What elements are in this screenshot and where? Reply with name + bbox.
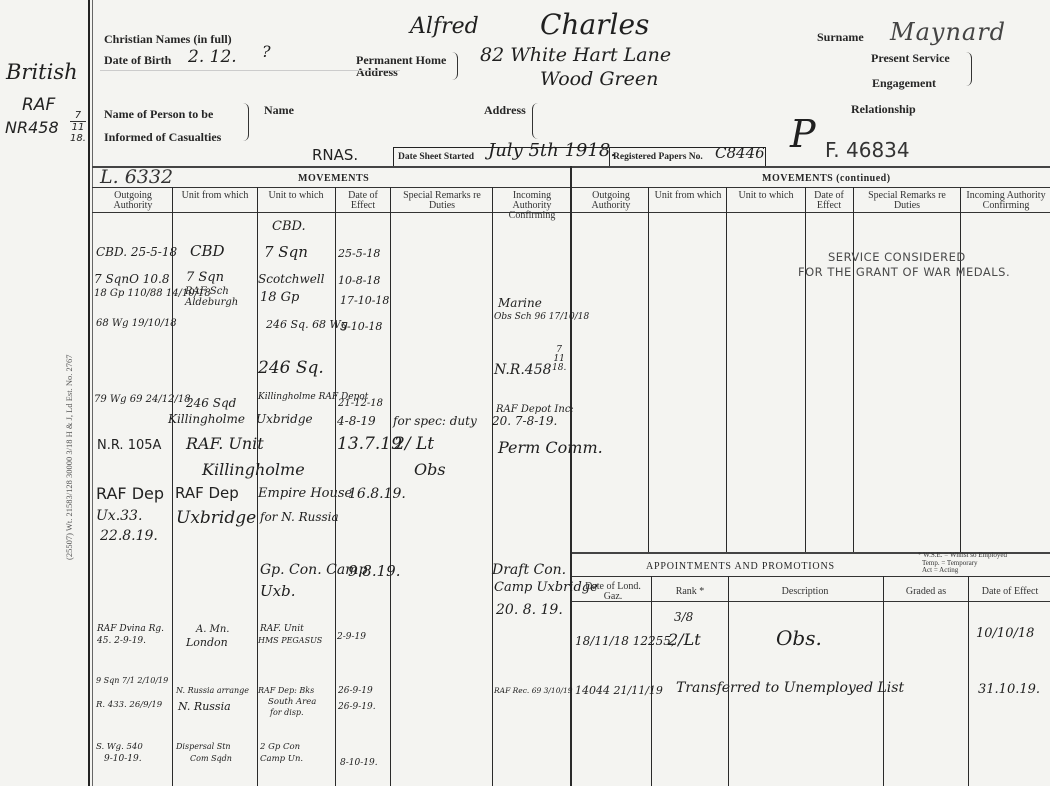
dob-query: ? <box>262 42 271 61</box>
appointments-title: APPOINTMENTS AND PROMOTIONS <box>646 561 835 572</box>
ref-date-day: 7 <box>70 110 86 121</box>
entry: 18 Gp <box>260 290 299 305</box>
entry: Dispersal Stn <box>176 742 231 751</box>
appt-col-header-description: Description <box>730 587 880 597</box>
entry: 246 Sqd <box>186 396 236 410</box>
appt-col-header-rank: Rank * <box>654 587 726 597</box>
entry: 2-9-19 <box>337 632 366 642</box>
col-line-5 <box>492 187 493 786</box>
appointments-header-rule <box>572 576 1050 577</box>
appt-row-description: Transferred to Unemployed List <box>676 680 904 696</box>
dob-value: 2. 12. <box>188 47 237 67</box>
appt-col-line-1 <box>651 576 652 786</box>
entry: 7 SqnO 10.8 <box>94 272 169 286</box>
nok-label: Name of Person to be Informed of Casualt… <box>104 103 221 149</box>
nok-brace <box>243 103 249 141</box>
entry-fraction: 7 11 18. <box>552 346 566 373</box>
perm-address-line1: 82 White Hart Lane <box>480 44 671 66</box>
appt-col-header-gazette: Date of Lond. Gaz. <box>578 582 648 602</box>
christian-names-label: Christian Names (in full) <box>104 32 232 47</box>
entry: N.R.458 <box>494 362 552 378</box>
cont-col-header-outgoing-authority: Outgoing Authority <box>576 191 646 211</box>
entry: Uxb. <box>260 582 295 600</box>
entry: 5-10-18 <box>340 320 382 333</box>
registered-papers-value: C8446 <box>715 144 765 162</box>
col-header-outgoing-authority: Outgoing Authority <box>98 191 168 211</box>
appt-row-effect: 31.10.19. <box>978 682 1040 697</box>
initial-mark: P <box>790 112 816 156</box>
date-sheet-label: Date Sheet Started <box>398 152 474 162</box>
col-header-incoming-authority: Incoming Authority Confirming <box>494 191 570 221</box>
appt-col-header-graded: Graded as <box>886 587 966 597</box>
nok-label-line2: Informed of Casualties <box>104 126 221 149</box>
rule-top <box>100 70 400 71</box>
service-branch: RNAS. <box>312 146 358 164</box>
entry: S. Wg. 540 <box>96 742 143 752</box>
service-number: F. 46834 <box>825 138 910 162</box>
entry: N. Russia <box>178 700 231 713</box>
col-line-1 <box>172 187 173 786</box>
entry: 8-10-19. <box>340 758 378 768</box>
entry: 13.7.19 <box>337 434 402 454</box>
entry: RAF. Unit <box>186 434 264 453</box>
entry: N.R. 105A <box>97 438 161 453</box>
entry: 21-12-18 <box>338 398 383 409</box>
cont-col-header-unit-to: Unit to which <box>732 191 800 201</box>
relationship-label: Relationship <box>851 102 916 117</box>
frac-part: 18. <box>552 364 566 373</box>
perm-address-brace <box>452 52 458 80</box>
entry: CBD <box>190 242 225 260</box>
nok-address-brace <box>532 103 538 139</box>
entry: 26-9-19 <box>338 686 373 696</box>
surname-value: Maynard <box>890 18 1006 46</box>
entry: RAF Dep <box>96 484 164 503</box>
margin-note-ref: NR458 <box>5 118 59 137</box>
col-header-date-of-effect: Date of Effect <box>338 191 388 211</box>
perm-address-line2: Wood Green <box>540 68 658 90</box>
entry: 10-8-18 <box>338 274 380 287</box>
entry: 246 Sq. <box>258 358 324 378</box>
christian-name-1: Alfred <box>410 14 479 39</box>
legend-act: Act = Acting <box>918 567 1007 575</box>
entry: 68 Wg 19/10/18 <box>96 318 177 329</box>
entry: RAF Sch Aldeburgh <box>185 286 257 308</box>
nok-name-label: Name <box>264 103 294 118</box>
entry: RAF Dep <box>175 484 239 502</box>
entry: R. 433. 26/9/19 <box>96 700 162 710</box>
entry: 22.8.19. <box>100 528 158 544</box>
entry: CBD. 25-5-18 <box>96 245 177 259</box>
entry: 2 Gp Con <box>260 742 300 752</box>
war-medals-stamp: SERVICE CONSIDERED FOR THE GRANT OF WAR … <box>798 250 1028 280</box>
registered-papers-label: Registered Papers No. <box>613 152 703 162</box>
perm-address-label-line2: Address <box>356 66 446 78</box>
entry: Com Sqdn <box>190 754 232 763</box>
entry: 4-8-19 <box>337 414 376 428</box>
entry: 25-5-18 <box>338 247 380 260</box>
col-line-11 <box>960 187 961 552</box>
col-line-9 <box>805 187 806 552</box>
entry: N. Russia arrange <box>176 686 249 695</box>
entry: RAF. Unit <box>260 624 304 634</box>
ref-date-month: 11 <box>70 121 86 133</box>
date-sheet-divider <box>609 148 610 166</box>
entry: Scotchwell <box>258 272 325 286</box>
entry: 9-10-19. <box>104 754 142 764</box>
entry: Draft Con. <box>492 562 566 578</box>
entry: 79 Wg 69 24/12/18 <box>94 394 191 405</box>
entry: 16.8.19. <box>348 486 406 502</box>
date-sheet-value: July 5th 1918. <box>488 140 616 161</box>
entry: 20. 8. 19. <box>496 602 563 618</box>
entry: 9.8.19. <box>348 562 400 580</box>
entry: for spec: duty <box>393 414 477 428</box>
appt-row-rank-top: 3/8 <box>674 610 693 624</box>
engagement-label: Engagement <box>872 76 936 91</box>
entry: Killingholme <box>168 412 245 426</box>
nok-address-label: Address <box>484 103 526 118</box>
entry: Uxbridge <box>176 508 256 528</box>
cont-col-header-special-remarks: Special Remarks re Duties <box>858 191 956 211</box>
entry: RAF Dvina Rg. <box>97 624 164 634</box>
surname-label: Surname <box>817 30 864 45</box>
entry: RAF Dep: Bks <box>258 686 314 695</box>
entry: 7 Sqn <box>186 270 224 285</box>
entry: South Area <box>268 697 316 707</box>
ref-date-year: 18. <box>70 133 86 144</box>
col-header-unit-to: Unit to which <box>262 191 330 201</box>
nok-label-line1: Name of Person to be <box>104 103 221 126</box>
appt-row-gazette: 14044 21/11/19 <box>575 684 663 697</box>
cont-col-header-unit-from: Unit from which <box>654 191 722 201</box>
stamp-line-1: SERVICE CONSIDERED <box>798 250 1028 265</box>
appt-row-effect: 10/10/18 <box>976 626 1034 641</box>
margin-note-service: RAF <box>22 95 55 115</box>
entry: Uxbridge <box>256 412 313 426</box>
appt-row-description: Obs. <box>776 626 822 650</box>
cont-col-header-date-of-effect: Date of Effect <box>806 191 852 211</box>
entry: for N. Russia <box>260 510 339 524</box>
appt-row-rank: 2/Lt <box>668 630 701 649</box>
present-service-label: Present Service <box>871 51 950 66</box>
entry: Killingholme <box>202 460 305 479</box>
entry: 9 Sqn 7/1 2/10/19 <box>96 676 168 685</box>
left-border <box>88 0 90 786</box>
christian-name-2: Charles <box>540 8 649 41</box>
movements-title: MOVEMENTS <box>298 173 369 184</box>
entry: Empire House <box>258 486 352 501</box>
margin-note-nationality: British <box>6 60 78 84</box>
entry: 20. 7-8-19. <box>492 414 557 428</box>
entry: Ux.33. <box>96 508 142 524</box>
dob-label: Date of Birth <box>104 53 171 68</box>
entry: Obs <box>414 460 446 479</box>
entry: 7 Sqn <box>264 243 308 261</box>
entry: for disp. <box>270 708 304 717</box>
entry: Marine <box>498 296 542 310</box>
cont-col-header-incoming-authority: Incoming Authority Confirming <box>962 191 1050 211</box>
entry: 26-9-19. <box>338 702 376 712</box>
col-line-10 <box>853 187 854 552</box>
entry: London <box>186 636 228 649</box>
appt-row-gazette: 18/11/18 12255, <box>575 634 675 648</box>
col-header-unit-from: Unit from which <box>177 191 253 201</box>
col-header-special-remarks: Special Remarks re Duties <box>396 191 488 211</box>
entry: RAF Rec. 69 3/10/19 <box>494 686 573 695</box>
entry: A. Mn. <box>196 624 229 635</box>
entry: Perm Comm. <box>498 438 603 457</box>
movements-continued-title: MOVEMENTS (continued) <box>762 173 891 184</box>
col-line-7 <box>648 187 649 552</box>
left-border-inner <box>92 0 93 786</box>
old-number: L. 6332 <box>100 166 173 188</box>
printer-imprint: (25507) Wt. 21583/128 30000 3/18 H & J, … <box>64 355 74 561</box>
appt-col-header-date-of-effect: Date of Effect <box>970 587 1050 597</box>
margin-note-ref-date: 7 11 18. <box>70 110 86 144</box>
col-line-8 <box>726 187 727 552</box>
entry: HMS PEGASUS <box>258 636 322 645</box>
appt-col-line-4 <box>968 576 969 786</box>
entry: 45. 2-9-19. <box>97 636 146 646</box>
entry: CBD. <box>272 219 306 234</box>
appointments-legend: * W.S.E. = Whilst so Employed Temp. = Te… <box>918 552 1007 575</box>
entry: 17-10-18 <box>340 294 389 307</box>
entry: Camp Un. <box>260 754 303 764</box>
entry: Obs Sch 96 17/10/18 <box>494 312 589 322</box>
service-brace <box>966 52 972 86</box>
perm-address-label: Permanent Home Address <box>356 54 446 78</box>
entry: 246 Sq. 68 Wg <box>266 318 348 331</box>
stamp-line-2: FOR THE GRANT OF WAR MEDALS. <box>798 265 1028 280</box>
entry: 2/ Lt <box>394 434 434 454</box>
